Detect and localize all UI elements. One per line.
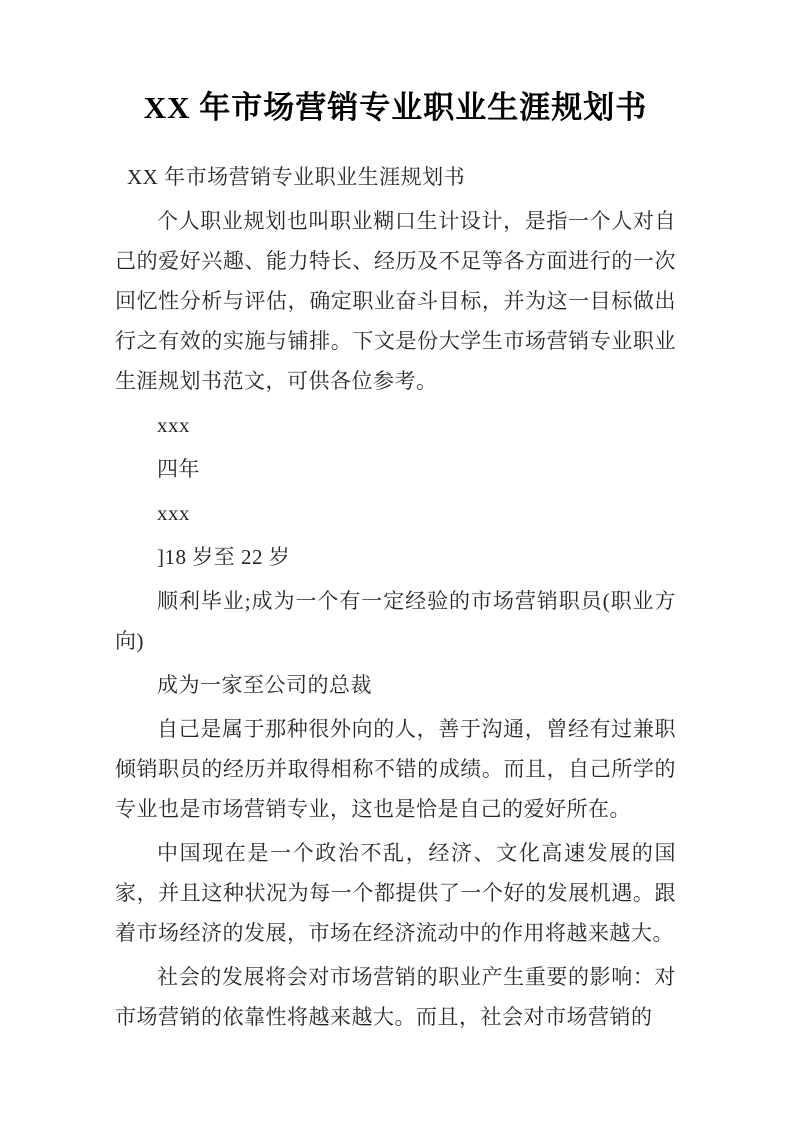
paragraph: 成为一家至公司的总裁	[115, 665, 676, 705]
paragraph: 个人职业规划也叫职业糊口生计设计，是指一个人对自己的爱好兴趣、能力特长、经历及不…	[115, 201, 676, 401]
paragraph: xxx	[115, 405, 676, 445]
paragraph: xxx	[115, 493, 676, 533]
paragraph: 社会的发展将会对市场营销的职业产生重要的影响：对市场营销的依靠性将越来越大。而且…	[115, 957, 676, 1037]
paragraph: 顺利毕业;成为一个有一定经验的市场营销职员(职业方向)	[115, 581, 676, 661]
document-body: XX 年市场营销专业职业生涯规划书个人职业规划也叫职业糊口生计设计，是指一个人对…	[115, 157, 676, 1037]
paragraph: ]18 岁至 22 岁	[115, 537, 676, 577]
paragraph: 中国现在是一个政治不乱，经济、文化高速发展的国家，并且这种状况为每一个都提供了一…	[115, 833, 676, 953]
paragraph: 四年	[115, 449, 676, 489]
document-page: XX 年市场营销专业职业生涯规划书 XX 年市场营销专业职业生涯规划书个人职业规…	[0, 0, 793, 1122]
paragraph: XX 年市场营销专业职业生涯规划书	[115, 157, 676, 197]
paragraph: 自己是属于那种很外向的人，善于沟通，曾经有过兼职倾销职员的经历并取得相称不错的成…	[115, 709, 676, 829]
document-title: XX 年市场营销专业职业生涯规划书	[115, 86, 676, 130]
